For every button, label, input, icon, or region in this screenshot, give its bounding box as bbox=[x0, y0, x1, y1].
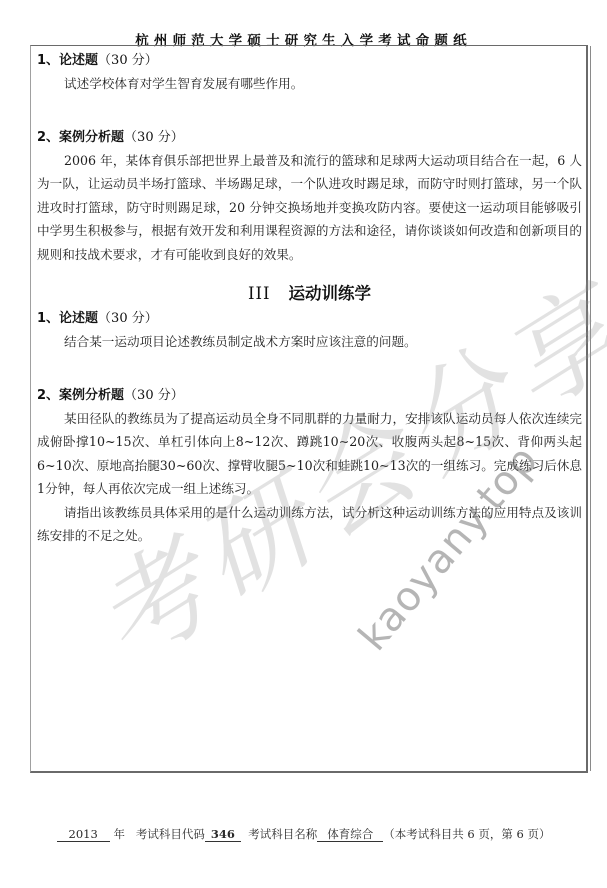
question-text: 2006 年，某体育俱乐部把世界上最普及和流行的篮球和足球两大运动项目结合在一起… bbox=[37, 149, 582, 267]
question-heading: 2、案例分析题（30 分） bbox=[37, 127, 582, 149]
page-info: （本考试科目共 6 页，第 6 页） bbox=[383, 827, 550, 841]
question-score: （30 分） bbox=[98, 311, 158, 326]
question-label: 2、案例分析题 bbox=[37, 388, 124, 403]
subject-code: 346 bbox=[205, 827, 241, 842]
section-title: III运动训练学 bbox=[37, 282, 582, 306]
question-score: （30 分） bbox=[124, 388, 184, 403]
subject-code-label: 考试科目代码 bbox=[136, 827, 205, 841]
section-number: III bbox=[248, 284, 271, 303]
question-label: 2、案例分析题 bbox=[37, 130, 124, 145]
question-heading: 1、论述题（30 分） bbox=[37, 50, 582, 72]
question-text: 某田径队的教练员为了提高运动员全身不同肌群的力量耐力，安排该队运动员每人依次连续… bbox=[37, 407, 582, 501]
exam-year: 2013 bbox=[57, 827, 110, 842]
question-label: 1、论述题 bbox=[37, 311, 98, 326]
question-score: （30 分） bbox=[124, 130, 184, 145]
question-heading: 2、案例分析题（30 分） bbox=[37, 385, 582, 407]
exam-footer: 2013 年 考试科目代码346 考试科目名称体育综合（本考试科目共 6 页，第… bbox=[0, 826, 607, 842]
question-label: 1、论述题 bbox=[37, 53, 98, 68]
question-heading: 1、论述题（30 分） bbox=[37, 308, 582, 330]
question-text: 请指出该教练员具体采用的是什么运动训练方法，试分析这种运动训练方法的应用特点及该… bbox=[37, 501, 582, 548]
question-text: 结合某一运动项目论述教练员制定战术方案时应该注意的问题。 bbox=[37, 330, 582, 354]
question-score: （30 分） bbox=[98, 53, 158, 68]
subject-name-label: 考试科目名称 bbox=[248, 827, 317, 841]
question-box: 1、论述题（30 分） 试述学校体育对学生智育发展有哪些作用。 2、案例分析题（… bbox=[30, 45, 588, 773]
question-content: 1、论述题（30 分） 试述学校体育对学生智育发展有哪些作用。 2、案例分析题（… bbox=[37, 50, 582, 548]
question-text: 试述学校体育对学生智育发展有哪些作用。 bbox=[37, 72, 582, 96]
section-name: 运动训练学 bbox=[289, 284, 372, 303]
subject-name: 体育综合 bbox=[317, 827, 383, 842]
year-suffix: 年 bbox=[113, 827, 125, 841]
